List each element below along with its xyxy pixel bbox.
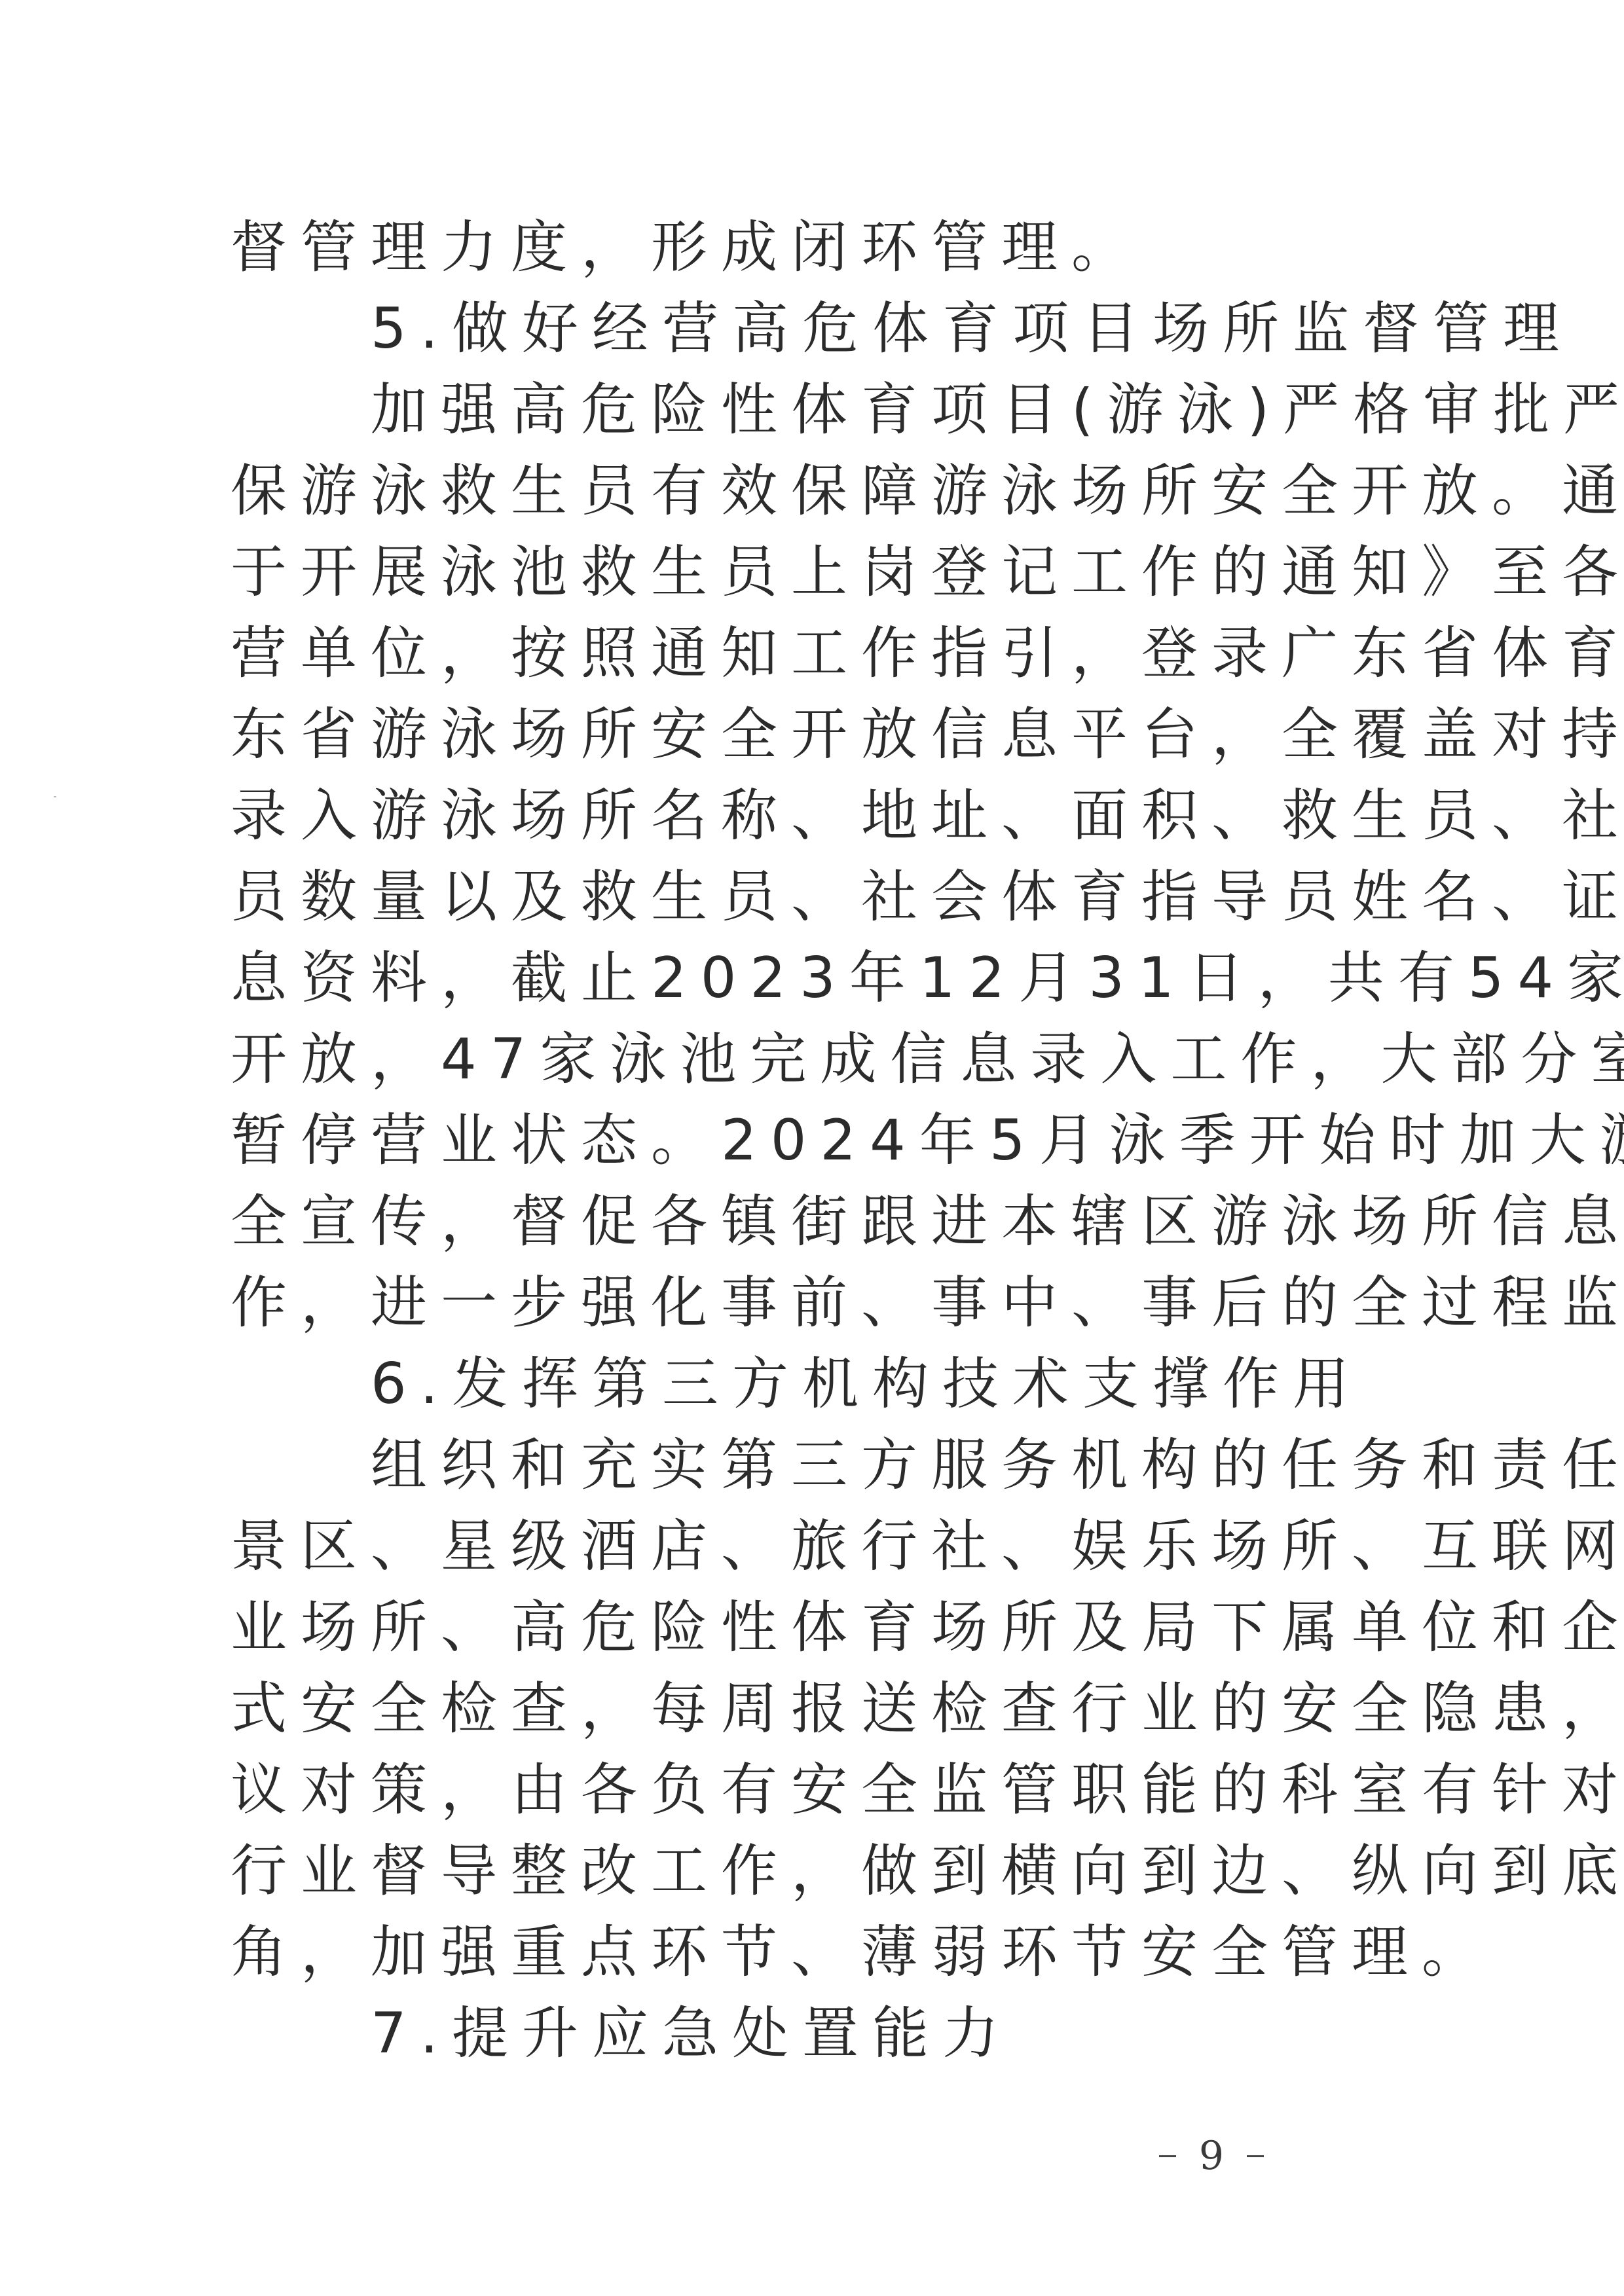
body-line: 督管理力度，形成闭环管理。 — [231, 207, 1356, 288]
body-line: 景区、星级酒店、旅行社、娱乐场所、互联网上网服务营 — [231, 1506, 1356, 1587]
body-line: 全宣传，督促各镇街跟进本辖区游泳场所信息登记录入工 — [231, 1181, 1356, 1262]
body-line: 东省游泳场所安全开放信息平台，全覆盖对持证经营单位 — [231, 694, 1356, 775]
body-line: 员数量以及救生员、社会体育指导员姓名、证件编号等信 — [231, 856, 1356, 938]
document-page: 督管理力度，形成闭环管理。 5.做好经营高危体育项目场所监督管理 加强高危险性体… — [0, 0, 1624, 2296]
page-number-value: 9 — [1199, 2133, 1224, 2179]
scan-margin-mark — [54, 796, 56, 797]
section-heading-5: 5.做好经营高危体育项目场所监督管理 — [231, 288, 1356, 369]
page-number-dash-right — [1247, 2155, 1264, 2157]
page-number: 9 — [1159, 2133, 1264, 2179]
body-line: 开放，47家泳池完成信息录入工作，大部分室外泳池处于 — [231, 1019, 1356, 1100]
section-heading-7: 7.提升应急处置能力 — [231, 1993, 1356, 2074]
body-line: 行业督导整改工作，做到横向到边、纵向到底、不留死 — [231, 1831, 1356, 1912]
body-line: 录入游泳场所名称、地址、面积、救生员、社会体育指导 — [231, 775, 1356, 856]
body-line: 息资料，截止2023年12月31日，共有54家恒温游泳池对外 — [231, 938, 1356, 1019]
paragraph-start: 组织和充实第三方服务机构的任务和责任，加强对A级 — [231, 1425, 1356, 1506]
body-line: 议对策，由各负有安全监管职能的科室有针对性地开展本 — [231, 1749, 1356, 1831]
body-line: 暂停营业状态。2024年5月泳季开始时加大游泳池开业前安 — [231, 1100, 1356, 1181]
body-line: 于开展泳池救生员上岗登记工作的通知》至各镇街、各经 — [231, 532, 1356, 613]
body-line: 营单位，按照通知工作指引，登录广东省体育局研发的广 — [231, 613, 1356, 694]
page-number-dash-left — [1159, 2155, 1176, 2157]
body-line: 作，进一步强化事前、事中、事后的全过程监管。 — [231, 1262, 1356, 1343]
body-line: 式安全检查，每周报送检查行业的安全隐患，提出整改建 — [231, 1668, 1356, 1749]
section-heading-6: 6.发挥第三方机构技术支撑作用 — [231, 1343, 1356, 1425]
body-line: 业场所、高危险性体育场所及局下属单位和企业进行评估 — [231, 1587, 1356, 1668]
document-body: 督管理力度，形成闭环管理。 5.做好经营高危体育项目场所监督管理 加强高危险性体… — [231, 207, 1356, 2074]
body-line: 保游泳救生员有效保障游泳场所安全开放。通过下发《关 — [231, 450, 1356, 532]
paragraph-start: 加强高危险性体育项目(游泳)严格审批严格把关，确 — [231, 369, 1356, 450]
body-line: 角，加强重点环节、薄弱环节安全管理。 — [231, 1912, 1356, 1993]
